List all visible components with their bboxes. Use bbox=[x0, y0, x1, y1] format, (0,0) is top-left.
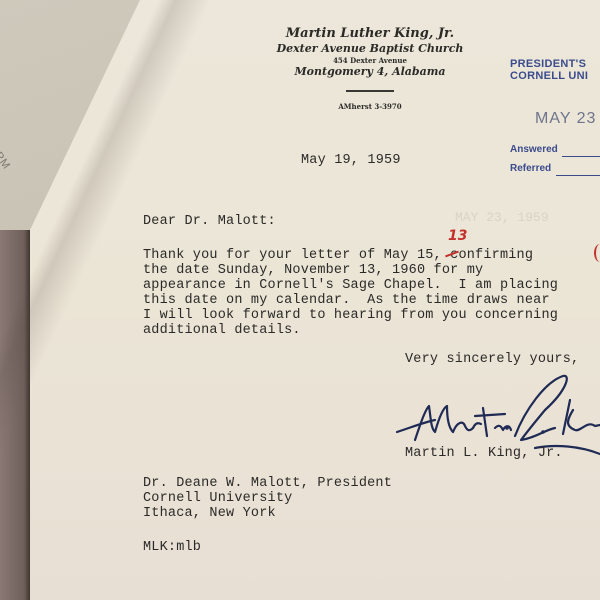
body-line: this date on my calendar. As the time dr… bbox=[143, 293, 558, 308]
typed-signature-name: Martin L. King, Jr. bbox=[405, 446, 563, 461]
recipient-line: Cornell University bbox=[143, 491, 392, 506]
stamp-date: MAY 23 bbox=[535, 110, 596, 128]
stamp-referred-line bbox=[556, 175, 600, 176]
letterhead-name: Martin Luther King, Jr. bbox=[270, 26, 470, 41]
stamp-answered-label: Answered bbox=[510, 144, 558, 155]
bleed-through-text: MAY 23, 1959 bbox=[455, 210, 549, 225]
letterhead-phone: AMherst 3-3970 bbox=[270, 102, 470, 111]
body-line: Thank you for your letter of May 15, con… bbox=[143, 248, 558, 263]
reference-initials: MLK:mlb bbox=[143, 540, 201, 555]
stamp-university: CORNELL UNI bbox=[510, 70, 588, 82]
letter-date: May 19, 1959 bbox=[301, 153, 401, 168]
closing: Very sincerely yours, bbox=[405, 352, 579, 367]
recipient-line: Dr. Deane W. Malott, President bbox=[143, 476, 392, 491]
folder-edge bbox=[0, 230, 30, 600]
body-line: I will look forward to hearing from you … bbox=[143, 308, 558, 323]
body-line: additional details. bbox=[143, 323, 558, 338]
red-margin-mark bbox=[594, 244, 600, 262]
letterhead-church: Dexter Avenue Baptist Church bbox=[270, 42, 470, 55]
salutation: Dear Dr. Malott: bbox=[143, 214, 276, 229]
letterhead-divider bbox=[346, 90, 394, 92]
letterhead: Martin Luther King, Jr. Dexter Avenue Ba… bbox=[270, 26, 470, 111]
letterhead-city: Montgomery 4, Alabama bbox=[270, 65, 470, 78]
body-line: appearance in Cornell's Sage Chapel. I a… bbox=[143, 278, 558, 293]
letter-body: Thank you for your letter of May 15, con… bbox=[143, 248, 558, 338]
handwritten-correction: 13 bbox=[448, 228, 467, 244]
recipient-line: Ithaca, New York bbox=[143, 506, 392, 521]
stamp-referred-label: Referred bbox=[510, 163, 551, 174]
recipient-address: Dr. Deane W. Malott, PresidentCornell Un… bbox=[143, 476, 392, 521]
letterhead-street: 454 Dexter Avenue bbox=[270, 56, 470, 65]
body-line: the date Sunday, November 13, 1960 for m… bbox=[143, 263, 558, 278]
stamp-office: PRESIDENT'S bbox=[510, 58, 588, 70]
stamp-answered-line bbox=[562, 156, 600, 157]
pm-stamp-fragment: PM bbox=[0, 150, 13, 172]
received-stamp: PRESIDENT'S CORNELL UNI bbox=[510, 58, 588, 82]
